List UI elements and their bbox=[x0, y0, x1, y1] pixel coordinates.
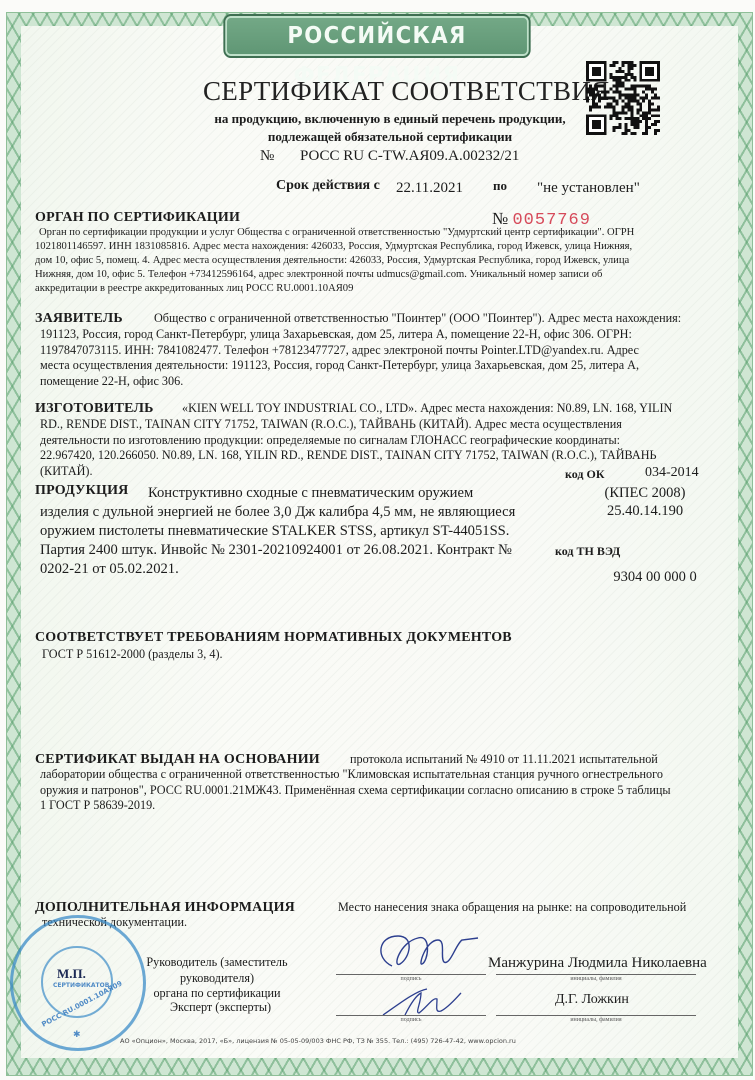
qr-code-icon bbox=[586, 58, 660, 138]
ok-code-label: код ОК bbox=[565, 467, 605, 482]
text-line: 1197847073115. ИНН: 7841082477. Телефон … bbox=[40, 343, 730, 359]
subtitle-line: на продукцию, включенную в единый перече… bbox=[180, 110, 600, 128]
seal-stamp: РОСС RU.0001.10АЯ09 СЕРТИФИКАТОВ М.П. ✱ bbox=[10, 915, 146, 1051]
manufacturer-heading: ИЗГОТОВИТЕЛЬ bbox=[35, 401, 154, 417]
printer-imprint: АО «Опцион», Москва, 2017, «Б», лицензия… bbox=[120, 1037, 516, 1045]
ok-code-standard: 034-2014 bbox=[645, 465, 699, 481]
document-subtitle: на продукцию, включенную в единый перече… bbox=[180, 110, 600, 146]
certificate-number: РОСС RU C-TW.АЯ09.А.00232/21 bbox=[300, 148, 519, 165]
conformity-heading: СООТВЕТСТВУЕТ ТРЕБОВАНИЯМ НОРМАТИВНЫХ ДО… bbox=[35, 630, 512, 646]
validity-to-label: по bbox=[493, 178, 507, 194]
text-line: изделия с дульной энергией не более 3,0 … bbox=[40, 503, 560, 522]
text-line: Партия 2400 штук. Инвойс № 2301-20210924… bbox=[40, 541, 560, 560]
text-line: 1021801146597. ИНН 1831085816. Адрес мес… bbox=[35, 240, 725, 254]
basis-text: лаборатории общества с ограниченной отве… bbox=[40, 767, 735, 814]
seal-center-text: СЕРТИФИКАТОВ bbox=[53, 982, 109, 989]
text-line: RD., RENDE DIST., TAINAN CITY 71752, TAI… bbox=[40, 417, 730, 433]
tnved-label: код ТН ВЭД bbox=[555, 544, 620, 559]
text-line: 191123, Россия, город Санкт-Петербург, у… bbox=[40, 327, 730, 343]
seal-mp-label: М.П. bbox=[57, 966, 86, 982]
valid-to-value: "не установлен" bbox=[537, 180, 640, 197]
signature-line bbox=[336, 1015, 486, 1016]
text-line: 22.967420, 120.266050. N0.89, LN. 168, Y… bbox=[40, 448, 730, 464]
name-caption: инициалы, фамилия bbox=[496, 976, 696, 982]
valid-from-date: 22.11.2021 bbox=[396, 180, 463, 197]
text-line: лаборатории общества с ограниченной отве… bbox=[40, 767, 735, 783]
text-line: 1 ГОСТ Р 58639-2019. bbox=[40, 798, 735, 814]
text-line: деятельности по изготовлению продукции: … bbox=[40, 433, 730, 449]
manufacturer-text: RD., RENDE DIST., TAINAN CITY 71752, TAI… bbox=[40, 417, 730, 479]
applicant-first-line: Общество с ограниченной ответственностью… bbox=[154, 311, 734, 327]
text-line: Нижняя, дом 10, офис 5. Телефон +7341259… bbox=[35, 268, 725, 282]
certification-body-text: Орган по сертификации продукции и услуг … bbox=[35, 226, 725, 296]
manufacturer-first-line: «KIEN WELL TOY INDUSTRIAL CO., LTD». Адр… bbox=[182, 401, 732, 417]
name-caption: инициалы, фамилия bbox=[496, 1017, 696, 1023]
ok-code-classifier: (КПЕС 2008) bbox=[590, 485, 700, 502]
product-first-line: Конструктивно сходные с пневматическим о… bbox=[148, 484, 568, 503]
text-line: оружием пистолеты пневматические STALKER… bbox=[40, 522, 560, 541]
signature-line bbox=[336, 974, 486, 975]
tnved-code: 9304 00 000 0 bbox=[590, 569, 720, 586]
product-text: изделия с дульной энергией не более 3,0 … bbox=[40, 503, 560, 579]
text-line: места осуществления деятельности: 191123… bbox=[40, 358, 730, 374]
head-signature bbox=[370, 928, 480, 973]
conformity-standard: ГОСТ Р 51612-2000 (разделы 3, 4). bbox=[42, 647, 223, 663]
certification-body-heading: ОРГАН ПО СЕРТИФИКАЦИИ bbox=[35, 210, 240, 226]
expert-label: Эксперт (эксперты) bbox=[170, 1000, 271, 1016]
seal-star-icon: ✱ bbox=[73, 1030, 81, 1040]
expert-name: Д.Г. Ложкин bbox=[555, 992, 629, 1008]
text-line: помещение 22-Н, офис 306. bbox=[40, 374, 730, 390]
text-line: Орган по сертификации продукции и услуг … bbox=[35, 226, 725, 240]
text-line: аккредитации в реестре аккредитованных л… bbox=[35, 282, 725, 296]
product-heading: ПРОДУКЦИЯ bbox=[35, 483, 128, 499]
text-line: (КИТАЙ). bbox=[40, 464, 730, 480]
signature-caption: подпись bbox=[336, 1017, 486, 1023]
ok-code-value: 25.40.14.190 bbox=[590, 503, 700, 520]
country-banner: РОССИЙСКАЯ ФЕДЕРАЦИЯ bbox=[223, 14, 530, 58]
subtitle-line: подлежащей обязательной сертификации bbox=[180, 128, 600, 146]
name-line bbox=[496, 974, 696, 975]
text-line: оружия и патронов", РОСС RU.0001.21МЖ43.… bbox=[40, 783, 735, 799]
additional-info-heading: ДОПОЛНИТЕЛЬНАЯ ИНФОРМАЦИЯ bbox=[35, 900, 295, 916]
text-line: дом 10, офис 5, помещ. 4. Адрес места ос… bbox=[35, 254, 725, 268]
text-line: 0202-21 от 05.02.2021. bbox=[40, 560, 560, 579]
additional-info-first-line: Место нанесения знака обращения на рынке… bbox=[338, 900, 738, 916]
validity-label: Срок действия с bbox=[276, 178, 380, 194]
applicant-heading: ЗАЯВИТЕЛЬ bbox=[35, 311, 123, 327]
basis-first-line: протокола испытаний № 4910 от 11.11.2021… bbox=[350, 752, 730, 768]
certificate-number-label: № bbox=[260, 148, 274, 165]
basis-heading: СЕРТИФИКАТ ВЫДАН НА ОСНОВАНИИ bbox=[35, 752, 320, 768]
signature-caption: подпись bbox=[336, 976, 486, 982]
name-line bbox=[496, 1015, 696, 1016]
applicant-text: 191123, Россия, город Санкт-Петербург, у… bbox=[40, 327, 730, 389]
head-signatory-name: Манжурина Людмила Николаевна bbox=[488, 955, 707, 972]
document-title: СЕРТИФИКАТ СООТВЕТСТВИЯ bbox=[203, 76, 609, 107]
